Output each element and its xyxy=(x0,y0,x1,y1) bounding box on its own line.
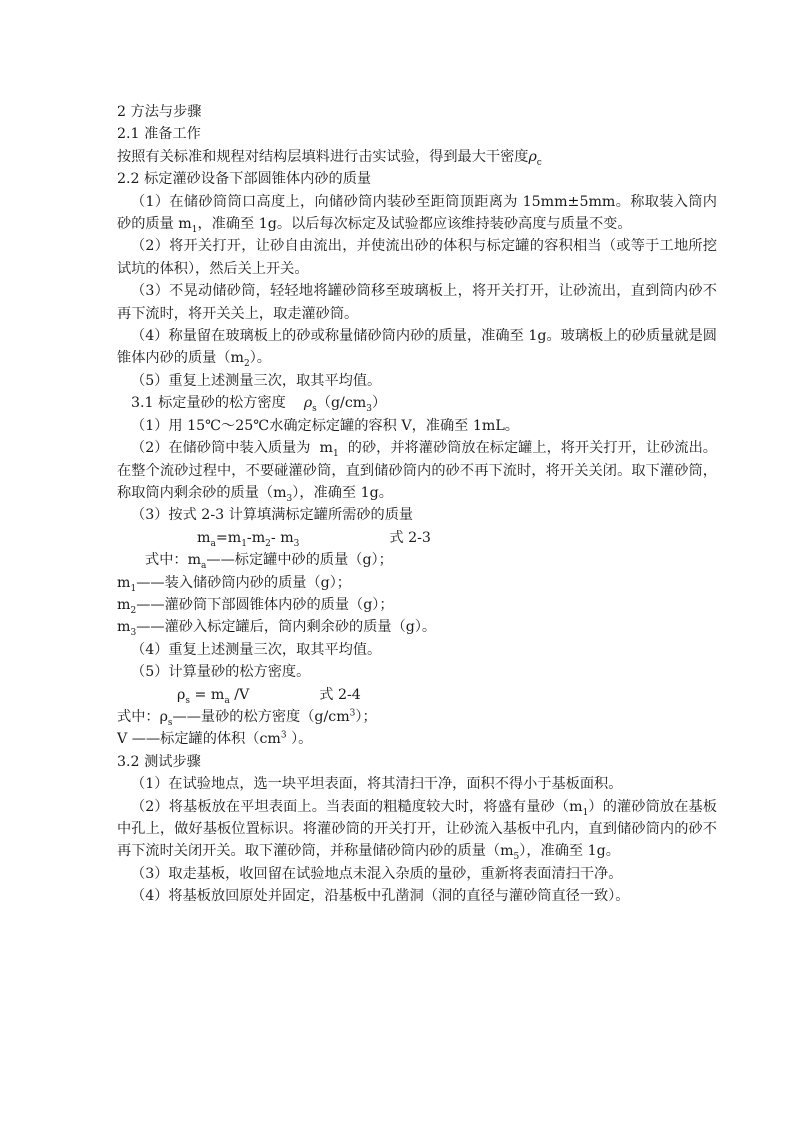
paragraph-compaction: 按照有关标准和规程对结构层填料进行击实试验，得到最大干密度ρc xyxy=(117,146,717,168)
step-2-2-1: （1）在储砂筒筒口高度上，向储砂筒内装砂至距筒顶距离为 15mm±5mm。称取装… xyxy=(117,191,717,236)
step-2-2-4: （4）称量留在玻璃板上的砂或称量储砂筒内砂的质量，准确至 1g。玻璃板上的砂质量… xyxy=(117,325,717,370)
step-3-1-5: （5）计算量砂的松方密度。 xyxy=(117,661,717,683)
formula-label: 式 2-3 xyxy=(389,530,431,546)
section-heading-3-2: 3.2 测试步骤 xyxy=(117,751,717,773)
step-3-1-3: （3）按式 2-3 计算填满标定罐所需砂的质量 xyxy=(117,504,717,526)
where-m3: m3——灌砂入标定罐后，筒内剩余砂的质量（g）。 xyxy=(117,616,717,638)
step-3-2-1: （1）在试验地点，选一块平坦表面，将其清扫干净，面积不得小于基板面积。 xyxy=(117,773,717,795)
step-2-2-5: （5）重复上述测量三次，取其平均值。 xyxy=(117,370,717,392)
where-v: V ——标定罐的体积（cm3 ）。 xyxy=(117,728,717,750)
step-2-2-2: （2）将开关打开，让砂自由流出，并使流出砂的体积与标定罐的容积相当（或等于工地所… xyxy=(117,235,717,280)
step-3-2-3: （3）取走基板，收回留在试验地点未混入杂质的量砂，重新将表面清扫干净。 xyxy=(117,863,717,885)
section-heading-2-1: 2.1 准备工作 xyxy=(117,123,717,145)
step-3-2-4: （4）将基板放回原处并固定，沿基板中孔凿洞（洞的直径与灌砂筒直径一致）。 xyxy=(117,885,717,907)
formula-2-3: ma=m1-m2- m3式 2-3 xyxy=(117,527,717,549)
document-page: 2 方法与步骤 2.1 准备工作 按照有关标准和规程对结构层填料进行击实试验，得… xyxy=(117,101,717,908)
formula-2-4: ρs = ma /V式 2-4 xyxy=(117,684,717,706)
section-heading-3-1: 3.1 标定量砂的松方密度 ρs（g/cm3） xyxy=(117,392,717,414)
where-ma: 式中：ma——标定罐中砂的质量（g）； xyxy=(117,549,717,571)
where-m2: m2——灌砂筒下部圆锥体内砂的质量（g）； xyxy=(117,594,717,616)
step-2-2-3: （3）不晃动储砂筒，轻轻地将罐砂筒移至玻璃板上，将开关打开，让砂流出，直到筒内砂… xyxy=(117,280,717,325)
step-3-1-4: （4）重复上述测量三次，取其平均值。 xyxy=(117,639,717,661)
step-3-1-1: （1）用 15℃～25℃水确定标定罐的容积 V，准确至 1mL。 xyxy=(117,415,717,437)
where-m1: m1——装入储砂筒内砂的质量（g）； xyxy=(117,572,717,594)
section-heading-2-2: 2.2 标定灌砂设备下部圆锥体内砂的质量 xyxy=(117,168,717,190)
section-heading-2: 2 方法与步骤 xyxy=(117,101,717,123)
formula-label: 式 2-4 xyxy=(319,687,361,703)
where-rho: 式中：ρs——量砂的松方密度（g/cm3）； xyxy=(117,706,717,728)
step-3-2-2: （2）将基板放在平坦表面上。当表面的粗糙度较大时，将盛有量砂（m1）的灌砂筒放在… xyxy=(117,796,717,863)
step-3-1-2: （2）在储砂筒中装入质量为 m1 的砂，并将灌砂筒放在标定罐上，将开关打开，让砂… xyxy=(117,437,717,504)
